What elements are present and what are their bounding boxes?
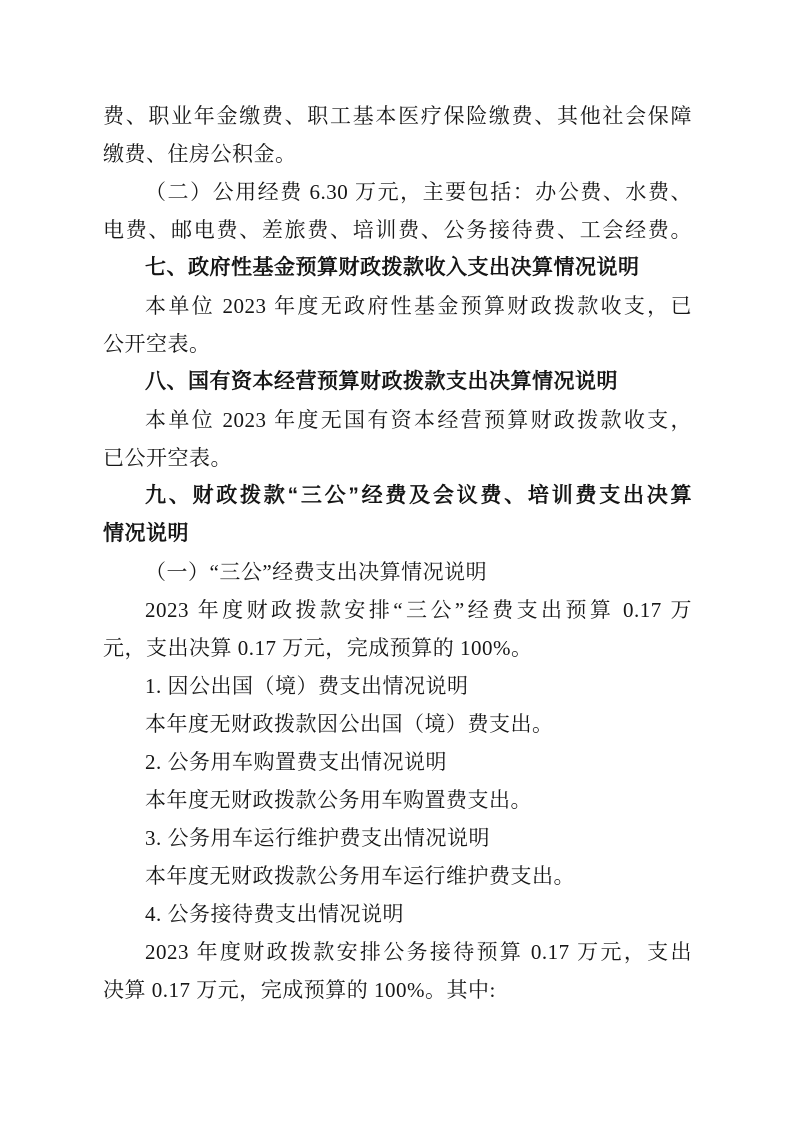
paragraph-line: 4. 公务接待费支出情况说明 xyxy=(103,895,692,933)
paragraph-line: 决算 0.17 万元，完成预算的 100%。其中: xyxy=(103,971,692,1009)
paragraph-line: 已公开空表。 xyxy=(103,439,692,477)
paragraph-line: 公开空表。 xyxy=(103,325,692,363)
section-heading-line: 情况说明 xyxy=(103,515,692,553)
paragraph-line: 电费、邮电费、差旅费、培训费、公务接待费、工会经费。 xyxy=(103,211,692,249)
paragraph-line: 2023 年度财政拨款安排“三公”经费支出预算 0.17 万 xyxy=(103,591,692,629)
paragraph-line: 2023 年度财政拨款安排公务接待预算 0.17 万元，支出 xyxy=(103,933,692,971)
document-lines: 费、职业年金缴费、职工基本医疗保险缴费、其他社会保障缴费、住房公积金。（二）公用… xyxy=(103,97,692,1009)
paragraph-line: （二）公用经费 6.30 万元，主要包括：办公费、水费、 xyxy=(103,173,692,211)
paragraph-line: 本单位 2023 年度无国有资本经营预算财政拨款收支， xyxy=(103,401,692,439)
document-page: 费、职业年金缴费、职工基本医疗保险缴费、其他社会保障缴费、住房公积金。（二）公用… xyxy=(0,0,793,1122)
paragraph-line: 2. 公务用车购置费支出情况说明 xyxy=(103,743,692,781)
paragraph-line: 本单位 2023 年度无政府性基金预算财政拨款收支，已 xyxy=(103,287,692,325)
paragraph-line: 元，支出决算 0.17 万元，完成预算的 100%。 xyxy=(103,629,692,667)
paragraph-line: 本年度无财政拨款公务用车购置费支出。 xyxy=(103,781,692,819)
section-heading-line: 七、政府性基金预算财政拨款收入支出决算情况说明 xyxy=(103,249,692,287)
paragraph-line: 3. 公务用车运行维护费支出情况说明 xyxy=(103,819,692,857)
section-heading-line: 九、财政拨款“三公”经费及会议费、培训费支出决算 xyxy=(103,477,692,515)
section-heading-line: 八、国有资本经营预算财政拨款支出决算情况说明 xyxy=(103,363,692,401)
paragraph-line: 本年度无财政拨款公务用车运行维护费支出。 xyxy=(103,857,692,895)
paragraph-line: 本年度无财政拨款因公出国（境）费支出。 xyxy=(103,705,692,743)
paragraph-line: 1. 因公出国（境）费支出情况说明 xyxy=(103,667,692,705)
paragraph-line: （一）“三公”经费支出决算情况说明 xyxy=(103,553,692,591)
paragraph-line: 缴费、住房公积金。 xyxy=(103,135,692,173)
paragraph-line: 费、职业年金缴费、职工基本医疗保险缴费、其他社会保障 xyxy=(103,97,692,135)
